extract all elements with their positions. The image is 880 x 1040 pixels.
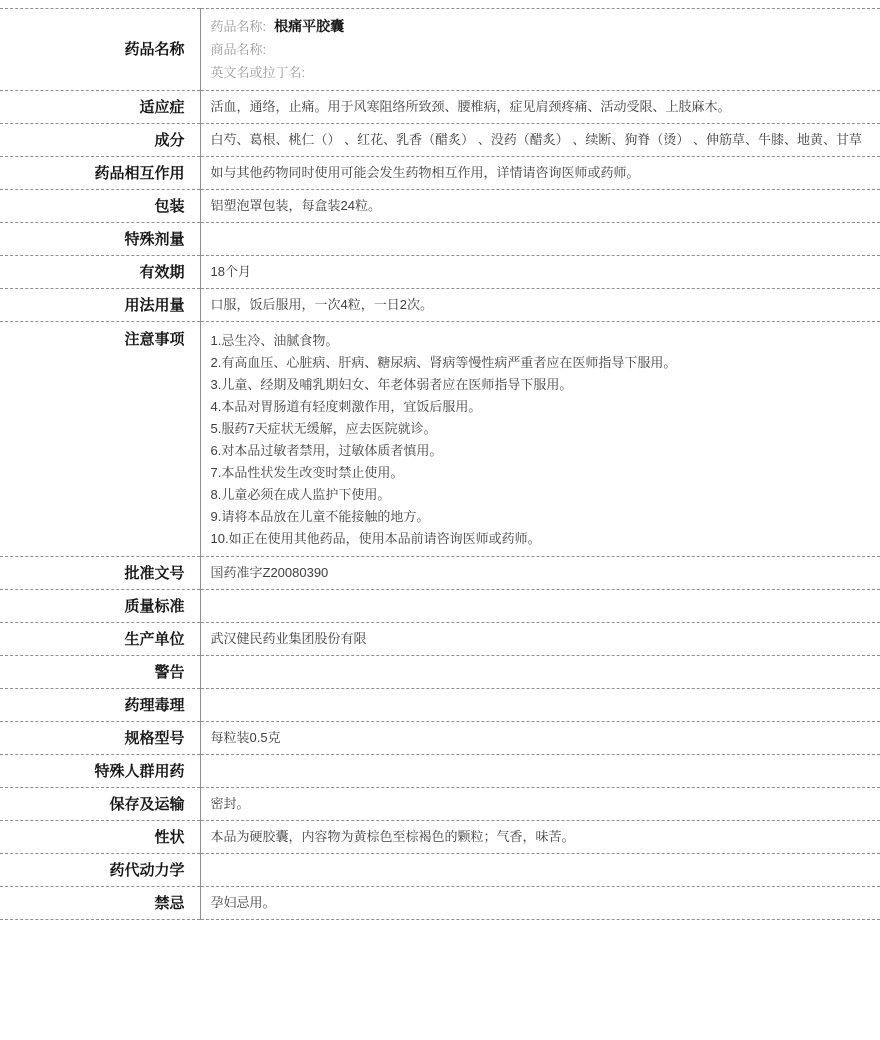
table-row-packaging: 包装铝塑泡罩包装，每盒装24粒。 [0,190,880,223]
row-label-pharmacokinetics: 药代动力学 [0,854,200,887]
row-label-approval-number: 批准文号 [0,557,200,590]
row-value-pharmacology-toxicology [200,689,880,722]
notice-item: 7.本品性状发生改变时禁止使用。 [211,462,869,484]
drug-name-line: 药品名称:根痛平胶囊 [211,15,869,38]
row-value-properties: 本品为硬胶囊，内容物为黄棕色至棕褐色的颗粒；气香，味苦。 [200,821,880,854]
table-row-pharmacokinetics: 药代动力学 [0,854,880,887]
notice-item: 10.如正在使用其他药品，使用本品前请咨询医师或药师。 [211,528,869,550]
drug-info-table: 药品名称药品名称:根痛平胶囊商品名称:英文名或拉丁名:适应症活血，通络，止痛。用… [0,8,880,920]
notice-item: 4.本品对胃肠道有轻度刺激作用，宜饭后服用。 [211,396,869,418]
table-row-special-dosage: 特殊剂量 [0,223,880,256]
row-value-contraindications: 孕妇忌用。 [200,887,880,920]
row-value-drug-name: 药品名称:根痛平胶囊商品名称:英文名或拉丁名: [200,9,880,91]
table-row-indications: 适应症活血，通络，止痛。用于风寒阻络所致颈、腰椎病，症见肩颈疼痛、活动受限、上肢… [0,91,880,124]
table-row-specification: 规格型号每粒装0.5克 [0,722,880,755]
row-value-ingredients: 白芍、葛根、桃仁（） 、红花、乳香（醋炙） 、没药（醋炙） 、续断、狗脊（烫） … [200,124,880,157]
table-row-contraindications: 禁忌孕妇忌用。 [0,887,880,920]
row-label-properties: 性状 [0,821,200,854]
table-row-dosage-usage: 用法用量口服，饭后服用，一次4粒，一日2次。 [0,289,880,322]
row-value-storage-transport: 密封。 [200,788,880,821]
table-row-pharmacology-toxicology: 药理毒理 [0,689,880,722]
row-value-dosage-usage: 口服，饭后服用，一次4粒，一日2次。 [200,289,880,322]
table-row-shelf-life: 有效期18个月 [0,256,880,289]
row-label-special-populations: 特殊人群用药 [0,755,200,788]
row-value-indications: 活血，通络，止痛。用于风寒阻络所致颈、腰椎病，症见肩颈疼痛、活动受限、上肢麻木。 [200,91,880,124]
row-label-dosage-usage: 用法用量 [0,289,200,322]
row-value-warning [200,656,880,689]
row-label-interactions: 药品相互作用 [0,157,200,190]
row-label-manufacturer: 生产单位 [0,623,200,656]
row-label-pharmacology-toxicology: 药理毒理 [0,689,200,722]
row-label-warning: 警告 [0,656,200,689]
row-value-packaging: 铝塑泡罩包装，每盒装24粒。 [200,190,880,223]
row-label-indications: 适应症 [0,91,200,124]
row-label-special-dosage: 特殊剂量 [0,223,200,256]
table-row-storage-transport: 保存及运输密封。 [0,788,880,821]
notice-item: 8.儿童必须在成人监护下使用。 [211,484,869,506]
row-label-drug-name: 药品名称 [0,9,200,91]
table-row-precautions: 注意事项1.忌生冷、油腻食物。2.有高血压、心脏病、肝病、糖尿病、肾病等慢性病严… [0,322,880,557]
row-label-contraindications: 禁忌 [0,887,200,920]
notice-item: 6.对本品过敏者禁用，过敏体质者慎用。 [211,440,869,462]
row-value-shelf-life: 18个月 [200,256,880,289]
notice-item: 9.请将本品放在儿童不能接触的地方。 [211,506,869,528]
drug-name-line: 英文名或拉丁名: [211,61,869,84]
row-value-precautions: 1.忌生冷、油腻食物。2.有高血压、心脏病、肝病、糖尿病、肾病等慢性病严重者应在… [200,322,880,557]
row-label-ingredients: 成分 [0,124,200,157]
drug-info-table-body: 药品名称药品名称:根痛平胶囊商品名称:英文名或拉丁名:适应症活血，通络，止痛。用… [0,9,880,920]
table-row-properties: 性状本品为硬胶囊，内容物为黄棕色至棕褐色的颗粒；气香，味苦。 [0,821,880,854]
table-row-drug-name: 药品名称药品名称:根痛平胶囊商品名称:英文名或拉丁名: [0,9,880,91]
notice-item: 3.儿童、经期及哺乳期妇女、年老体弱者应在医师指导下服用。 [211,374,869,396]
row-value-quality-standard [200,590,880,623]
table-row-special-populations: 特殊人群用药 [0,755,880,788]
row-value-pharmacokinetics [200,854,880,887]
drug-name-line: 商品名称: [211,38,869,61]
row-value-approval-number: 国药准字Z20080390 [200,557,880,590]
table-row-approval-number: 批准文号国药准字Z20080390 [0,557,880,590]
field-prefix: 英文名或拉丁名: [211,65,306,80]
table-row-warning: 警告 [0,656,880,689]
drug-name-value: 根痛平胶囊 [274,18,344,34]
notice-item: 1.忌生冷、油腻食物。 [211,330,869,352]
row-value-special-populations [200,755,880,788]
row-label-precautions: 注意事项 [0,322,200,557]
field-prefix: 商品名称: [211,42,267,57]
row-label-shelf-life: 有效期 [0,256,200,289]
notice-item: 2.有高血压、心脏病、肝病、糖尿病、肾病等慢性病严重者应在医师指导下服用。 [211,352,869,374]
row-value-interactions: 如与其他药物同时使用可能会发生药物相互作用，详情请咨询医师或药师。 [200,157,880,190]
row-label-storage-transport: 保存及运输 [0,788,200,821]
table-row-quality-standard: 质量标准 [0,590,880,623]
row-value-special-dosage [200,223,880,256]
table-row-ingredients: 成分白芍、葛根、桃仁（） 、红花、乳香（醋炙） 、没药（醋炙） 、续断、狗脊（烫… [0,124,880,157]
row-label-packaging: 包装 [0,190,200,223]
field-prefix: 药品名称: [211,19,267,34]
row-label-specification: 规格型号 [0,722,200,755]
table-row-manufacturer: 生产单位武汉健民药业集团股份有限 [0,623,880,656]
row-label-quality-standard: 质量标准 [0,590,200,623]
drug-detail-page: 药品名称药品名称:根痛平胶囊商品名称:英文名或拉丁名:适应症活血，通络，止痛。用… [0,0,880,920]
table-row-interactions: 药品相互作用如与其他药物同时使用可能会发生药物相互作用，详情请咨询医师或药师。 [0,157,880,190]
row-value-specification: 每粒装0.5克 [200,722,880,755]
notice-item: 5.服药7天症状无缓解，应去医院就诊。 [211,418,869,440]
row-value-manufacturer: 武汉健民药业集团股份有限 [200,623,880,656]
